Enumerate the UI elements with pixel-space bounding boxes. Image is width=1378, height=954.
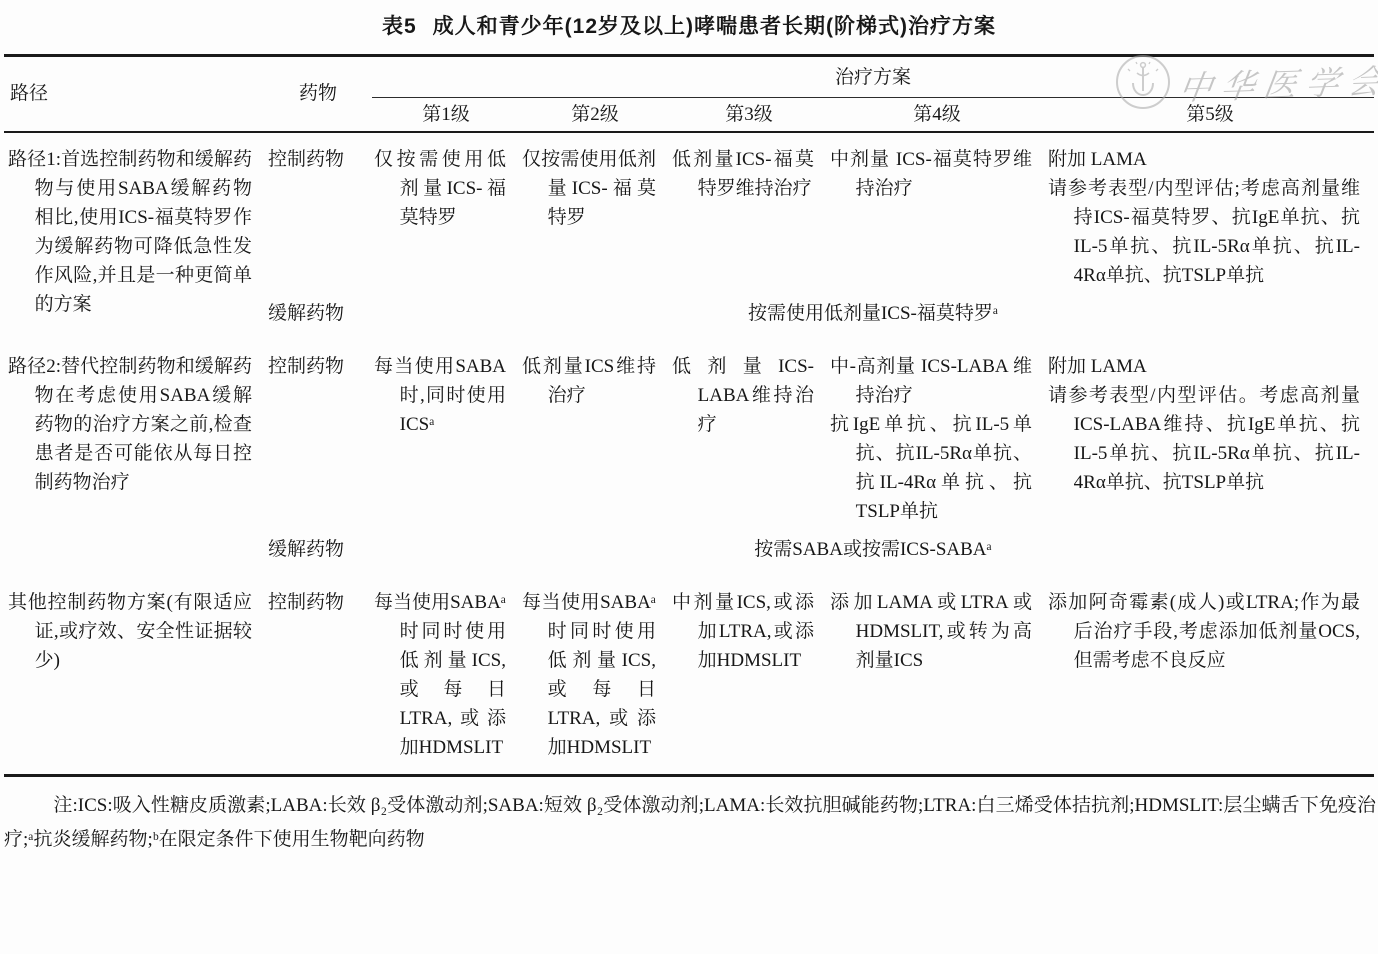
path2-controller-label: 控制药物 [264,340,372,527]
other-level5-cell: 添加阿奇霉素(成人)或LTRA;作为最后治疗手段,考虑添加低剂量OCS,但需考虑… [1046,576,1374,776]
path2-level5-cell: 附加 LAMA请参考表型/内型评估。考虑高剂量ICS-LABA维持、抗IgE单抗… [1046,340,1374,527]
other-controller-label: 控制药物 [264,576,372,776]
col-header-level-4: 第4级 [828,98,1046,132]
col-header-level-1: 第1级 [372,98,520,132]
col-header-drug: 药物 [264,56,372,132]
path2-level3-cell: 低剂量ICS-LABA维持治疗 [670,340,828,527]
path1-level3-cell: 低剂量ICS-福莫特罗维持治疗 [670,132,828,291]
path1-level2-cell: 仅按需使用低剂量ICS-福莫特罗 [520,132,670,291]
path2-level1-cell: 每当使用SABA时,同时使用ICSᵃ [372,340,520,527]
path1-controller-label: 控制药物 [264,132,372,291]
path1-cell: 路径1:首选控制药物和缓解药物与使用SABA缓解药物相比,使用ICS-福莫特罗作… [4,132,264,340]
other-level4-cell: 添加LAMA或LTRA或HDMSLIT,或转为高剂量ICS [828,576,1046,776]
col-header-path: 路径 [4,56,264,132]
path1-reliever-label: 缓解药物 [264,291,372,340]
path2-reliever-label: 缓解药物 [264,527,372,576]
treatment-table: 路径 药物 治疗方案 第1级 第2级 第3级 第4级 第5级 路径1:首选控制药… [4,54,1374,777]
path2-level2-cell: 低剂量ICS维持治疗 [520,340,670,527]
path1-level1-cell: 仅按需使用低剂量ICS-福莫特罗 [372,132,520,291]
path1-level4-cell: 中剂量 ICS-福莫特罗维持治疗 [828,132,1046,291]
footnote: 注:ICS:吸入性糖皮质激素;LABA:长效 β₂受体激动剂;SABA:短效 β… [4,789,1376,857]
path1-level5-cell: 附加 LAMA请参考表型/内型评估;考虑高剂量维持ICS-福莫特罗、抗IgE单抗… [1046,132,1374,291]
table-title-text: 成人和青少年(12岁及以上)哮喘患者长期(阶梯式)治疗方案 [433,15,996,38]
col-header-level-5: 第5级 [1046,98,1374,132]
table-label: 表5 [382,15,417,38]
col-header-level-3: 第3级 [670,98,828,132]
col-header-level-2: 第2级 [520,98,670,132]
path2-level4-cell: 中-高剂量 ICS-LABA 维持治疗抗IgE单抗、抗IL-5单抗、抗IL-5R… [828,340,1046,527]
other-path-cell: 其他控制药物方案(有限适应证,或疗效、安全性证据较少) [4,576,264,776]
path2-cell: 路径2:替代控制药物和缓解药物在考虑使用SABA缓解药物的治疗方案之前,检查患者… [4,340,264,576]
page-title: 表5成人和青少年(12岁及以上)哮喘患者长期(阶梯式)治疗方案 [4,12,1374,42]
journal-table-page: 表5成人和青少年(12岁及以上)哮喘患者长期(阶梯式)治疗方案 路径 药物 治疗… [0,0,1378,954]
other-level2-cell: 每当使用SABAᵃ时同时使用低剂量ICS,或每日LTRA,或添加HDMSLIT [520,576,670,776]
other-level1-cell: 每当使用SABAᵃ时同时使用低剂量ICS,或每日LTRA,或添加HDMSLIT [372,576,520,776]
path2-reliever-cell: 按需SABA或按需ICS-SABAᵃ [372,527,1374,576]
path1-reliever-cell: 按需使用低剂量ICS-福莫特罗ᵃ [372,291,1374,340]
other-level3-cell: 中剂量ICS,或添加LTRA,或添加HDMSLIT [670,576,828,776]
col-header-plan: 治疗方案 [372,56,1374,98]
